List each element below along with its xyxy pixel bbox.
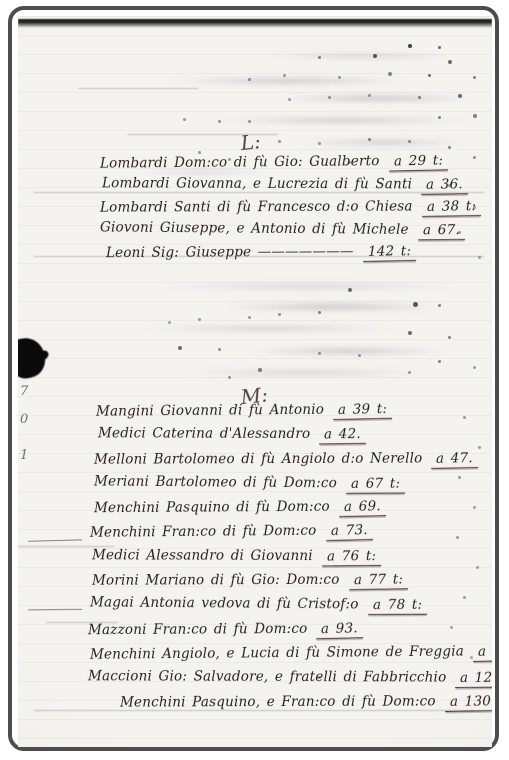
entry-amount: a 73. [325,522,372,541]
section-M: M: Mangini Giovanni di fù Antonioa 39 t:… [18,372,492,718]
ledger-entry: Lombardi Santi di fù Francesco d:o Chies… [100,198,492,222]
ledger-entry: Menchini Fran:co di fù Dom:coa 73. [90,522,488,550]
ledger-entry: Mangini Giovanni di fù Antonioa 39 t: [96,400,492,428]
ledger-rows: Lombardi Dom:co di fù Gio: Gualbertoa 29… [18,154,492,266]
manuscript-page: L: Lombardi Dom:co di fù Gio: Gualbertoa… [18,16,492,747]
entry-amount: a 76 t: [322,548,381,567]
entry-amount: a 127 t: [455,670,492,689]
entry-amount: a 39 t: [333,401,393,420]
entry-name-text: Melloni Bartolomeo di fù Angiolo d:o Ner… [94,450,422,467]
entry-amount: a 38 t: [422,198,481,217]
page-top-shadow [18,19,492,28]
entry-name-text: Menchini Angiolo, e Lucia di fù Simone d… [90,643,464,662]
ledger-entry: Meriani Bartolomeo di fù Dom:coa 67 t: [94,473,492,500]
entry-name-text: Medici Alessandro di Giovanni [92,547,313,564]
entry-amount: 142 t: [362,242,416,261]
entry-amount: a 36. [421,177,468,195]
ledger-rows: Mangini Giovanni di fù Antonioa 39 t:Med… [18,402,492,718]
entry-name-text: Mazzoni Fran:co di fù Dom:co [88,621,308,638]
section-letter-heading: L: [239,105,492,155]
entry-amount: a 93. [316,620,363,639]
ledger-entry: Melloni Bartolomeo di fù Angiolo d:o Ner… [94,450,492,476]
ledger-entry: Mazzoni Fran:co di fù Dom:coa 93. [88,619,486,646]
ledger-entry: Medici Caterina d'Alessandroa 42. [98,426,492,452]
entry-amount: a 121 t: [473,642,492,662]
ledger-entry: Medici Alessandro di Giovannia 76 t: [92,547,490,573]
entry-name-text: Magai Antonia vedova di fù Cristof:o [90,595,359,613]
entry-amount: a 67. [418,222,465,240]
entry-name-text: Menchini Pasquino, e Fran:co di fù Dom:c… [120,693,436,710]
entry-name-text: Giovoni Giuseppe, e Antonio di fù Michel… [100,220,409,238]
section-L: L: Lombardi Dom:co di fù Gio: Gualbertoa… [18,118,492,266]
entry-name-text: Lombardi Giovanna, e Lucrezia di fù Sant… [102,176,412,193]
entry-name-text: Menchini Fran:co di fù Dom:co [90,523,317,541]
entry-amount: a 42. [319,426,366,444]
entry-amount: a 29 t: [388,152,448,171]
ledger-entry: Menchini Angiolo, e Lucia di fù Simone d… [90,643,488,671]
ledger-entry: Giovoni Giuseppe, e Antonio di fù Michel… [100,220,492,245]
entry-name-text: Menchini Pasquino di fù Dom:co [94,499,330,516]
entry-amount: a 67 t: [346,475,405,493]
ledger-entry: Lombardi Giovanna, e Lucrezia di fù Sant… [102,176,492,200]
entry-name-text: Lombardi Santi di fù Francesco d:o Chies… [100,198,413,215]
entry-name-text: Maccioni Gio: Salvadore, e fratelli di F… [88,669,446,686]
ledger-entry: Maccioni Gio: Salvadore, e fratelli di F… [88,669,486,695]
entry-name-text: Medici Caterina d'Alessandro [98,426,310,443]
ledger-entry: Lombardi Dom:co di fù Gio: Gualbertoa 29… [100,152,492,178]
ledger-entry: Menchini Pasquino di fù Dom:coa 69. [94,498,492,525]
entry-amount: a 47. [431,450,478,469]
entry-name-text: Morini Mariano di fù Gio: Dom:co [92,572,340,589]
entry-name-text: Lombardi Dom:co di fù Gio: Gualberto [100,153,380,171]
entry-name-text: Mangini Giovanni di fù Antonio [96,402,324,420]
entry-name-text: Leoni Sig: Giuseppe ——————— [106,243,354,261]
entry-name-text: Meriani Bartolomeo di fù Dom:co [94,473,337,491]
entry-amount: a 78 t: [368,597,427,615]
entry-amount: a 69. [339,498,386,517]
ledger-entry: Magai Antonia vedova di fù Cristof:oa 78… [90,595,488,622]
ledger-entry: Menchini Pasquino, e Fran:co di fù Dom:c… [120,693,492,719]
entry-amount: a 77 t: [348,571,407,590]
ledger-entry: Leoni Sig: Giuseppe ———————142 t: [106,242,492,267]
ledger-entry: Morini Mariano di fù Gio: Dom:coa 77 t: [92,571,490,597]
entry-amount: a 130 t: [445,692,492,711]
